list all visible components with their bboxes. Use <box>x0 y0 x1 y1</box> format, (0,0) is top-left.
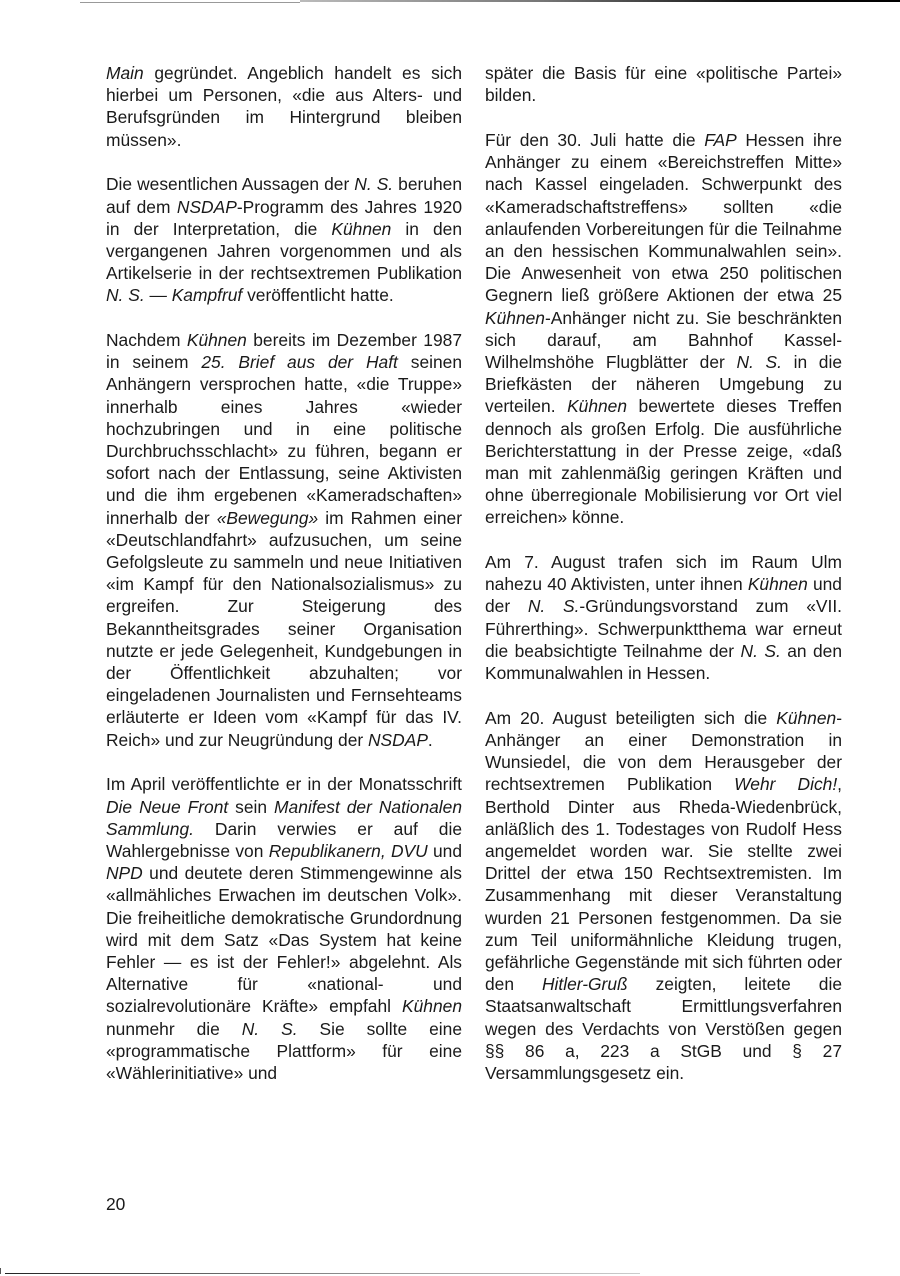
text-run: später die Basis für eine «politische Pa… <box>485 63 842 105</box>
italic-text: 25. Brief aus der Haft <box>201 352 398 372</box>
scan-artifact-edge <box>0 1268 1 1274</box>
text-run: gegründet. Angeblich handelt es sich hie… <box>106 63 462 150</box>
text-column-right: später die Basis für eine «politische Pa… <box>485 62 842 1107</box>
italic-text: N. S. <box>528 596 580 616</box>
italic-text: Kühnen <box>402 996 462 1016</box>
text-run: seinen Anhängern versprochen hatte, «die… <box>106 352 462 527</box>
page-number: 20 <box>106 1194 125 1215</box>
italic-text: NSDAP <box>368 730 428 750</box>
text-run: und deutete deren Stimmengewinne als «al… <box>106 863 462 1016</box>
text-run: veröffentlicht hatte. <box>242 285 393 305</box>
italic-text: NPD <box>106 863 143 883</box>
italic-text: NSDAP <box>177 197 237 217</box>
text-column-left: Main gegründet. Angeblich handelt es sic… <box>106 62 462 1107</box>
italic-text: Kühnen <box>748 574 808 594</box>
italic-text: FAP <box>704 130 737 150</box>
italic-text: N. S. <box>741 641 781 661</box>
paragraph: später die Basis für eine «politische Pa… <box>485 62 842 106</box>
italic-text: Kühnen <box>485 308 545 328</box>
scan-shadow-bar <box>300 0 900 2</box>
paragraph: Am 7. August trafen sich im Raum Ulm nah… <box>485 551 842 684</box>
italic-text: N. S. <box>736 352 781 372</box>
italic-text: Kühnen <box>331 219 391 239</box>
text-run: Für den 30. Juli hatte die <box>485 130 704 150</box>
paragraph: Für den 30. Juli hatte die FAP Hessen ih… <box>485 129 842 529</box>
paragraph: Im April veröffentlichte er in der Monat… <box>106 773 462 1084</box>
italic-text: N. S. — Kampfruf <box>106 285 242 305</box>
text-run: Hessen ihre Anhänger zu einem «Bereichst… <box>485 130 842 305</box>
text-run: sein <box>228 797 274 817</box>
scan-edge-bottom <box>0 1268 900 1274</box>
italic-text: N. S. <box>354 174 393 194</box>
italic-text: Hitler-Gruß <box>542 974 628 994</box>
text-run: Am 20. August beteiligten sich die <box>485 708 776 728</box>
italic-text: Republikanern, DVU <box>269 841 428 861</box>
text-run: , Berthold Dinter aus Rheda-Wiedenbrück,… <box>485 774 842 994</box>
paragraph: Am 20. August beteiligten sich die Kühne… <box>485 707 842 1084</box>
paragraph: Die wesentlichen Aussagen der N. S. beru… <box>106 173 462 306</box>
text-run: Nachdem <box>106 330 187 350</box>
scan-edge-top <box>0 0 900 4</box>
text-run: im Rahmen einer «Deutschlandfahrt» aufzu… <box>106 508 462 750</box>
italic-text: Main <box>106 63 144 83</box>
italic-text: Kühnen <box>567 396 627 416</box>
italic-text: Die Neue Front <box>106 797 228 817</box>
text-run: Die wesentlichen Aussagen der <box>106 174 354 194</box>
italic-text: Kühnen <box>187 330 247 350</box>
text-run: . <box>428 730 433 750</box>
italic-text: «Bewegung» <box>217 508 319 528</box>
paragraph: Main gegründet. Angeblich handelt es sic… <box>106 62 462 151</box>
text-run: Im April veröffentlichte er in der Monat… <box>106 774 462 794</box>
scan-artifact-line <box>5 1273 640 1274</box>
text-run: und <box>428 841 462 861</box>
italic-text: Kühnen <box>776 708 836 728</box>
italic-text: N. S. <box>242 1019 298 1039</box>
scan-artifact-line <box>80 2 300 3</box>
text-run: nunmehr die <box>106 1019 242 1039</box>
paragraph: Nachdem Kühnen bereits im Dezember 1987 … <box>106 329 462 751</box>
italic-text: Wehr Dich! <box>734 774 837 794</box>
